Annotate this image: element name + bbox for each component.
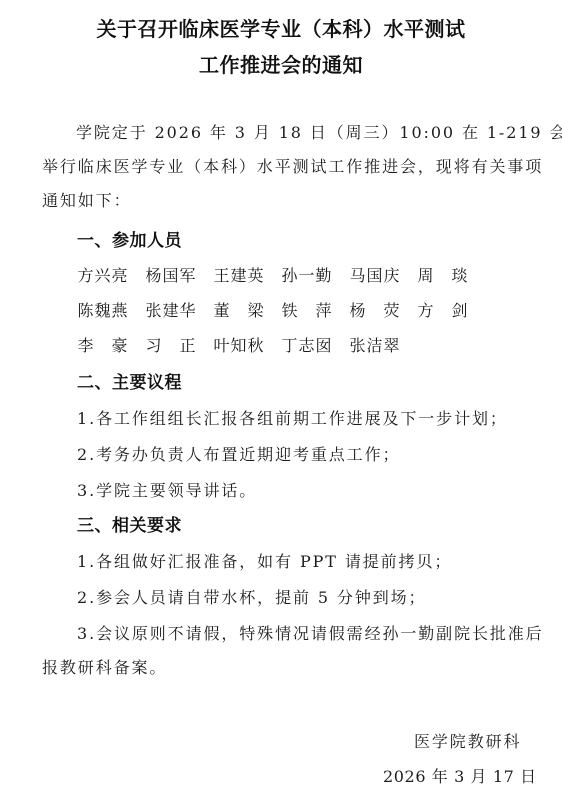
agenda-item: 2.考务办负责人布置近期迎考重点工作； xyxy=(77,444,400,466)
requirement-item: 2.参会人员请自带水杯，提前 5 分钟到场； xyxy=(77,587,426,609)
attendee-name: 杨 荧 xyxy=(349,300,400,322)
requirement-item-continuation: 报教研科备案。 xyxy=(42,657,167,679)
document-title-line-2: 工作推进会的通知 xyxy=(0,52,562,78)
attendee-name: 张洁翠 xyxy=(349,335,400,357)
requirement-item: 1.各组做好汇报准备，如有 PPT 请提前拷贝； xyxy=(77,551,452,573)
attendee-name: 王建英 xyxy=(213,265,264,287)
attendee-name: 周 琰 xyxy=(417,265,468,287)
attendee-name: 董 梁 xyxy=(213,300,264,322)
section-heading-requirements: 三、相关要求 xyxy=(77,515,182,537)
attendee-name: 铁 萍 xyxy=(281,300,332,322)
attendee-name: 马国庆 xyxy=(349,265,400,287)
attendee-name: 杨国军 xyxy=(145,265,196,287)
intro-line-3: 通知如下： xyxy=(42,190,132,212)
requirement-item: 3.会议原则不请假，特殊情况请假需经孙一勤副院长批准后 xyxy=(77,623,544,645)
section-heading-agenda: 二、主要议程 xyxy=(77,372,182,394)
attendee-name: 孙一勤 xyxy=(281,265,332,287)
signature-department: 医学院教研科 xyxy=(414,731,521,753)
attendee-name: 陈魏燕 xyxy=(77,300,128,322)
attendee-name: 李 豪 xyxy=(77,335,128,357)
intro-line-2: 举行临床医学专业（本科）水平测试工作推进会，现将有关事项 xyxy=(42,156,543,178)
agenda-item: 3.学院主要领导讲话。 xyxy=(77,480,257,502)
section-heading-attendees: 一、参加人员 xyxy=(77,230,182,252)
document-title-line-1: 关于召开临床医学专业（本科）水平测试 xyxy=(0,16,562,42)
attendee-name: 方兴亮 xyxy=(77,265,128,287)
signature-date: 2026 年 3 月 17 日 xyxy=(383,766,537,788)
agenda-item: 1.各工作组组长汇报各组前期工作进展及下一步计划； xyxy=(77,408,508,430)
attendee-name: 丁志囡 xyxy=(281,335,332,357)
intro-line-1: 学院定于 2026 年 3 月 18 日（周三）10:00 在 1-219 会议… xyxy=(76,122,562,144)
attendee-name: 习 正 xyxy=(145,335,196,357)
attendee-name: 叶知秋 xyxy=(213,335,264,357)
attendee-name: 方 剑 xyxy=(417,300,468,322)
attendee-name: 张建华 xyxy=(145,300,196,322)
